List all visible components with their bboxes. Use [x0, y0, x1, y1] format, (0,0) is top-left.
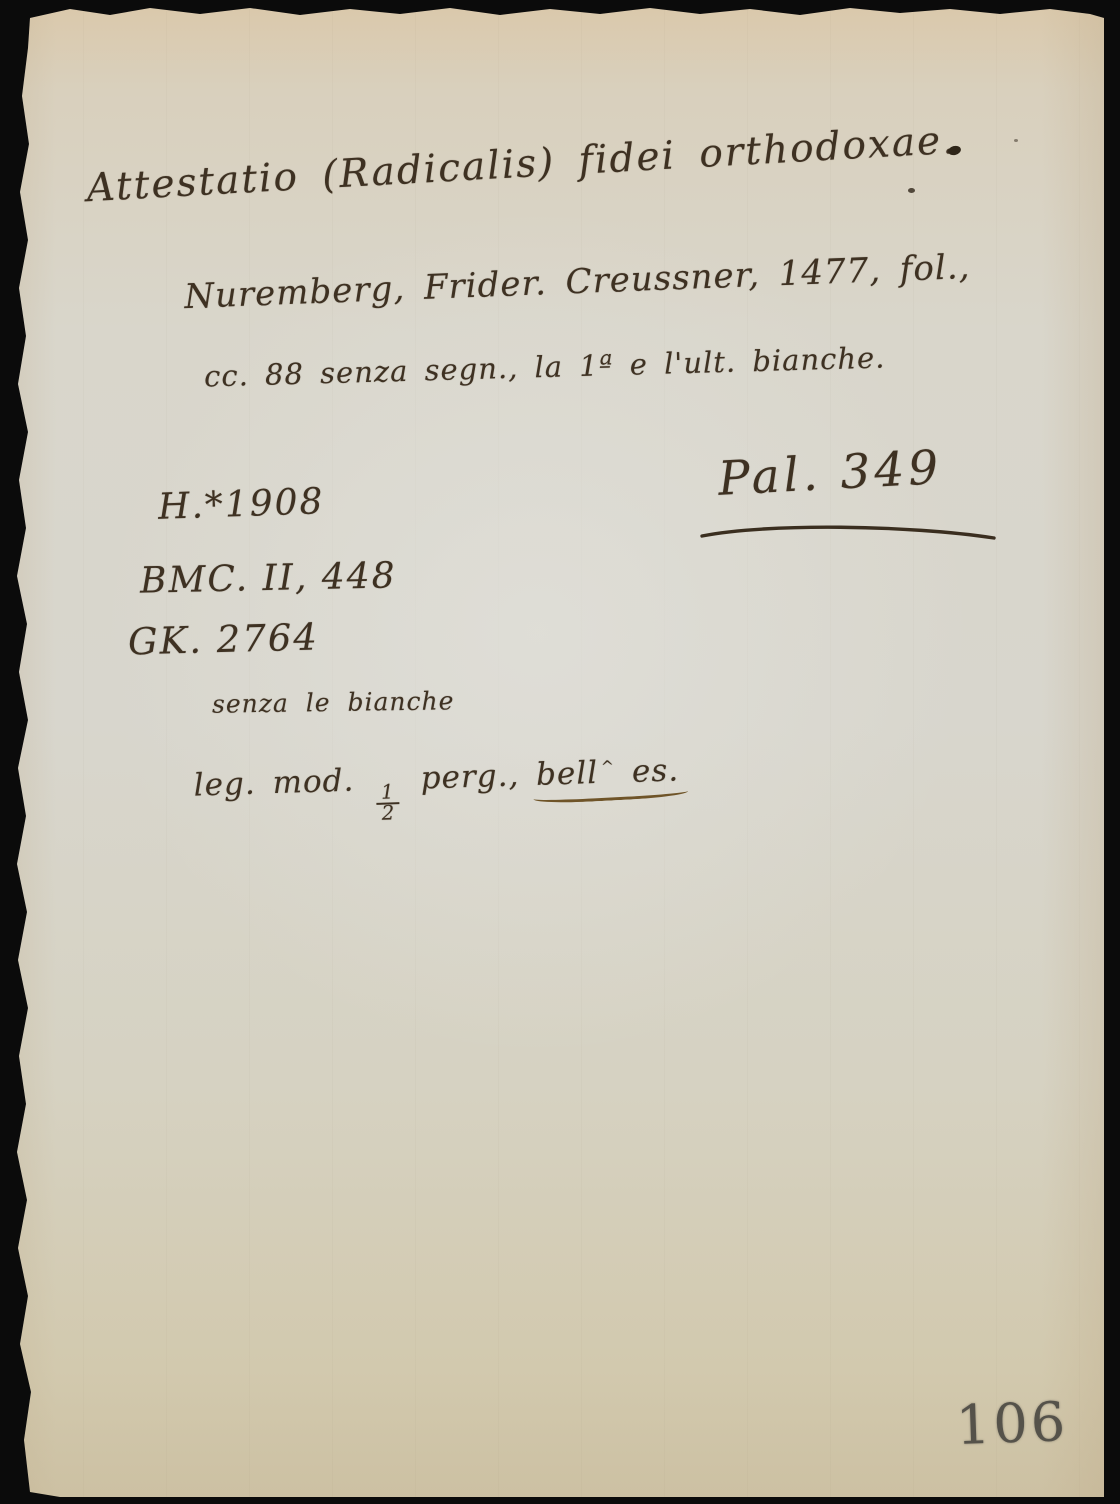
- fraction-denominator: 2: [381, 805, 395, 822]
- pencil-page-number: 106: [955, 1390, 1069, 1457]
- binding-note: leg. mod. 1 2 perg., bell^ es.: [193, 752, 680, 828]
- collation-line: cc. 88 senza segn., la 1ª e l'ult. bianc…: [204, 340, 886, 393]
- ink-speck: [1014, 139, 1018, 142]
- binding-note-emphasis: bell: [536, 755, 599, 793]
- reference-gw: GK. 2764: [127, 616, 319, 664]
- paper-sheet: Attestatio (Radicalis) fidei orthodoxae.…: [0, 0, 1120, 1504]
- fraction-numerator: 1: [381, 784, 395, 801]
- reference-bmc: BMC. II, 448: [140, 555, 397, 601]
- binding-note-prefix: leg. mod.: [193, 763, 355, 804]
- binding-note-middle: perg.,: [420, 757, 520, 796]
- reference-hain: H.*1908: [157, 481, 325, 528]
- shelfmark: Pal. 349: [717, 440, 944, 507]
- imprint-line: Nuremberg, Frider. Creussner, 1477, fol.…: [184, 247, 972, 317]
- one-half-fraction: 1 2: [376, 784, 400, 822]
- title-line: Attestatio (Radicalis) fidei orthodoxae.: [85, 118, 957, 212]
- binding-note-superscript: ^: [601, 757, 616, 775]
- shelfmark-underline-stroke: [698, 516, 1000, 544]
- ink-speck: [908, 188, 915, 193]
- binding-note-underlined: bell^ es.: [536, 752, 680, 792]
- blanks-note: senza le bianche: [212, 686, 455, 718]
- scanned-catalog-card: Attestatio (Radicalis) fidei orthodoxae.…: [0, 0, 1120, 1504]
- binding-note-suffix: es.: [631, 752, 679, 789]
